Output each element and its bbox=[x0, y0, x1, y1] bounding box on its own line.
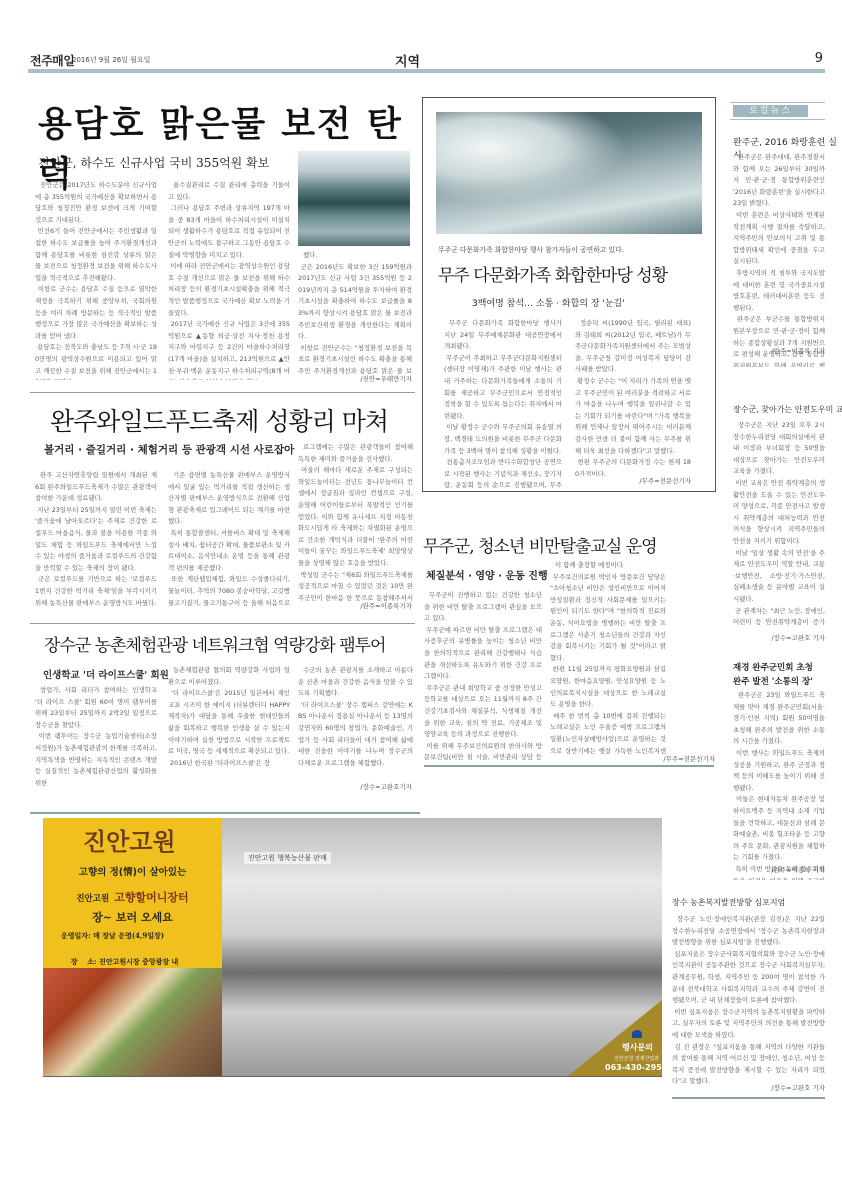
brief3-headline-2: 완주 발전 '소통의 장' bbox=[733, 675, 813, 687]
article-famtour: 장수군 농촌체험관광 네트워크협 역량강화 팸투어 인생학교 '더 라이프스쿨'… bbox=[30, 625, 420, 810]
article-body-col3: 했다. 군은 2016년도 확보한 3건 159억원과 2017년도 신규 사업… bbox=[298, 250, 412, 375]
headline: 장수군 농촌체험관광 네트워크협 역량강화 팸투어 bbox=[44, 631, 385, 656]
headline: 완주와일드푸드축제 성황리 마쳐 bbox=[50, 402, 388, 438]
masthead-rule bbox=[28, 69, 825, 73]
headline-obesity: 무주군, 청소년 비만탈출교실 운영 bbox=[423, 532, 657, 557]
market-photo: 진안고원 행복농산물 판매 bbox=[222, 818, 662, 1076]
subheadline: 진안군, 하수도 신규사업 국비 355억원 확보 bbox=[38, 154, 269, 171]
subheadline-obesity: 체질분석 · 영양 · 운동 진행 bbox=[426, 567, 548, 582]
headline: 무주 다문화가족 화합한마당 성황 bbox=[438, 261, 667, 286]
obesity-body-col2: 이 함께 출장할 예정이다. 무주보건의료원 박인자 방문보건 담당은 "소아청… bbox=[550, 560, 666, 758]
ad-brand-logo: 진안고원 bbox=[83, 822, 176, 857]
brief3-byline: /완주=이종록 기자 bbox=[733, 865, 825, 874]
brief2-body: 장수군은 지난 23일 오후 2시 장수한누리전당 대회의실에서 관내 이장과 … bbox=[733, 420, 825, 628]
dance-photo bbox=[436, 112, 702, 234]
brief3-headline-1: 재경 완주군민회 초청 bbox=[733, 661, 813, 673]
article-body-col3: 수군의 농촌 관광지를 소개하고 아름다운 산촌 마을과 건강한 음식을 맛볼 … bbox=[298, 665, 413, 780]
market-banner: 진안고원 행복농산물 판매 bbox=[244, 852, 331, 864]
obesity-byline: /무주=전문선기자 bbox=[620, 754, 715, 763]
local-news-label: 로컬뉴스 bbox=[733, 105, 808, 117]
divider bbox=[30, 392, 415, 393]
article-body-col1: 무주군 다문화가족 화합한마당 행사가 지난 24일 무주예체문화관 대공연장에… bbox=[444, 318, 562, 488]
subheadline: 3백여명 참석… 소통 · 화합의 장 '눈길' bbox=[472, 296, 625, 309]
sidebar-rule-top bbox=[730, 102, 825, 103]
photo-caption: 무주군 다문화가족 화합한마당 행사 참가자들이 공연하고 있다. bbox=[438, 244, 624, 254]
brief3-body: 완주군은 23일 와일드푸드 축제를 맞아 재경 완주군민회(서울·경기·인천 … bbox=[733, 690, 825, 880]
sidebar-rule-bottom bbox=[730, 119, 825, 120]
ad-line2-main: 고향할머니장터 bbox=[114, 891, 188, 904]
lake-photo bbox=[298, 151, 410, 246]
article-body-col2: 정순덕 씨(1990년 입국, 필리핀 대표)와 김태희 씨(2012년 입국,… bbox=[575, 318, 691, 476]
ad-divider bbox=[30, 812, 420, 814]
brief2-headline: 장수군, 찾아가는 안전도우미 교육 bbox=[733, 404, 842, 415]
ad-line1: 고향의 정(情)이 살아있는 bbox=[43, 864, 222, 878]
ad-place-label: 장 소 bbox=[71, 957, 94, 966]
ad-bottom-border bbox=[43, 1076, 662, 1077]
article-body-col1: 창업가, 사회 리더가 참여하는 인생학교 '더 라이프 스쿨' 회원 60여 … bbox=[35, 685, 157, 795]
brief4-headline: 장수 농촌복지발전방향 심포지엄 bbox=[672, 897, 785, 908]
ad-schedule-label: 운영일자 bbox=[61, 931, 88, 940]
subheadline: 볼거리 · 즐길거리 · 체험거리 등 관광객 시선 사로잡아 bbox=[44, 442, 294, 457]
ad-inquiry-dept: 진안군청 경제산업과 bbox=[614, 1055, 659, 1062]
article-body-col1: 진안군은 2017년도 하수도분야 신규사업에 총 355억원의 국가예산을 확… bbox=[35, 180, 157, 380]
ad-place-value: : 진안고원시장 중앙광장 내 bbox=[94, 957, 178, 966]
ad-line3: 장~ 보러 오세요 bbox=[43, 909, 222, 925]
ad-panel: 진안고원 고향의 정(情)이 살아있는 진안고원 고향할머니장터 장~ 보러 오… bbox=[43, 818, 222, 968]
article-yongdam: 용담호 맑은물 보전 탄력 진안군, 하수도 신규사업 국비 355억원 확보 … bbox=[30, 92, 420, 382]
byline: /진안=우태만기자 bbox=[298, 374, 412, 383]
brief1-byline: /완주=이종록 기자 bbox=[733, 346, 825, 355]
ad-divider-right bbox=[424, 765, 714, 767]
paper-name: 전주매일 bbox=[30, 52, 74, 69]
phone-icon bbox=[632, 1030, 642, 1038]
ad-food-photo bbox=[43, 968, 222, 1076]
sidebar-end-rule bbox=[672, 1097, 825, 1099]
brief2-byline: /장수=고완호 기자 bbox=[733, 633, 825, 642]
article-body-col2: 농촌체험관광 협의회 역량강화 사업의 일환으로 이루어졌다. '더 라이프스쿨… bbox=[168, 665, 290, 795]
ad-inquiry-phone: 063-430-2951 bbox=[605, 1063, 667, 1072]
ad-line2: 진안고원 고향할머니장터 bbox=[43, 886, 222, 905]
article-wildfood: 완주와일드푸드축제 성황리 마쳐 볼거리 · 즐길거리 · 체험거리 등 관광객… bbox=[30, 395, 420, 625]
obesity-body-col1: 무주군이 진행하고 있는 건강한 청소년을 위한 비만 탈출 프로그램이 관심을… bbox=[424, 590, 542, 760]
article-body-col1: 완주 고산자연휴양림 일원에서 개최된 제6회 완주와일드푸드축제가 수많은 관… bbox=[35, 470, 157, 610]
article-body-col3: 로그램에는 수많은 관광객들이 참여해 독특한 재미와 즐거움을 선사했다. 아… bbox=[298, 442, 413, 602]
brief4-body: 장수군 노인·장애인복지관(관장 김진)은 지난 22일 장수한누리전당 소공연… bbox=[672, 914, 825, 1084]
subheadline: 인생학교 '더 라이프스쿨' 회원 bbox=[43, 667, 169, 681]
ad-inquiry-label: 행사문의 bbox=[622, 1042, 653, 1053]
local-news-text: 로컬뉴스 bbox=[749, 106, 792, 116]
brief1-body: 완주군은 완주대대, 완주경찰서와 함께 오는 26일부터 30일까지 민·관·… bbox=[733, 152, 825, 367]
byline: /무주=전문선기자 bbox=[575, 476, 691, 485]
issue-date: 2016년 9월 26일 월요일 bbox=[72, 55, 150, 65]
ad-line2-prefix: 진안고원 bbox=[76, 894, 109, 904]
ad-schedule: 운영일자: 매 장날 운영(4,9일장) bbox=[61, 931, 164, 941]
byline: /장수=고완호기자 bbox=[298, 782, 412, 791]
section-title: 지역 bbox=[395, 51, 420, 70]
byline: /완주=이종록기자 bbox=[298, 601, 412, 610]
article-body-col2: 율수질관리로 수질 관리에 총력을 기울이고 있다. 그러나 용담호 주변과 상… bbox=[168, 180, 290, 380]
article-body-col2: 기존 읍면별 농특산물 판매부스 운영방식에서 일굴 있는 먹거리를 직접 생산… bbox=[168, 470, 290, 610]
divider bbox=[30, 623, 415, 624]
brief4-byline: /장수=고완호 기자 bbox=[733, 1083, 825, 1092]
page-number: 9 bbox=[815, 51, 823, 66]
ad-schedule-value: : 매 장날 운영(4,9일장) bbox=[88, 931, 164, 940]
